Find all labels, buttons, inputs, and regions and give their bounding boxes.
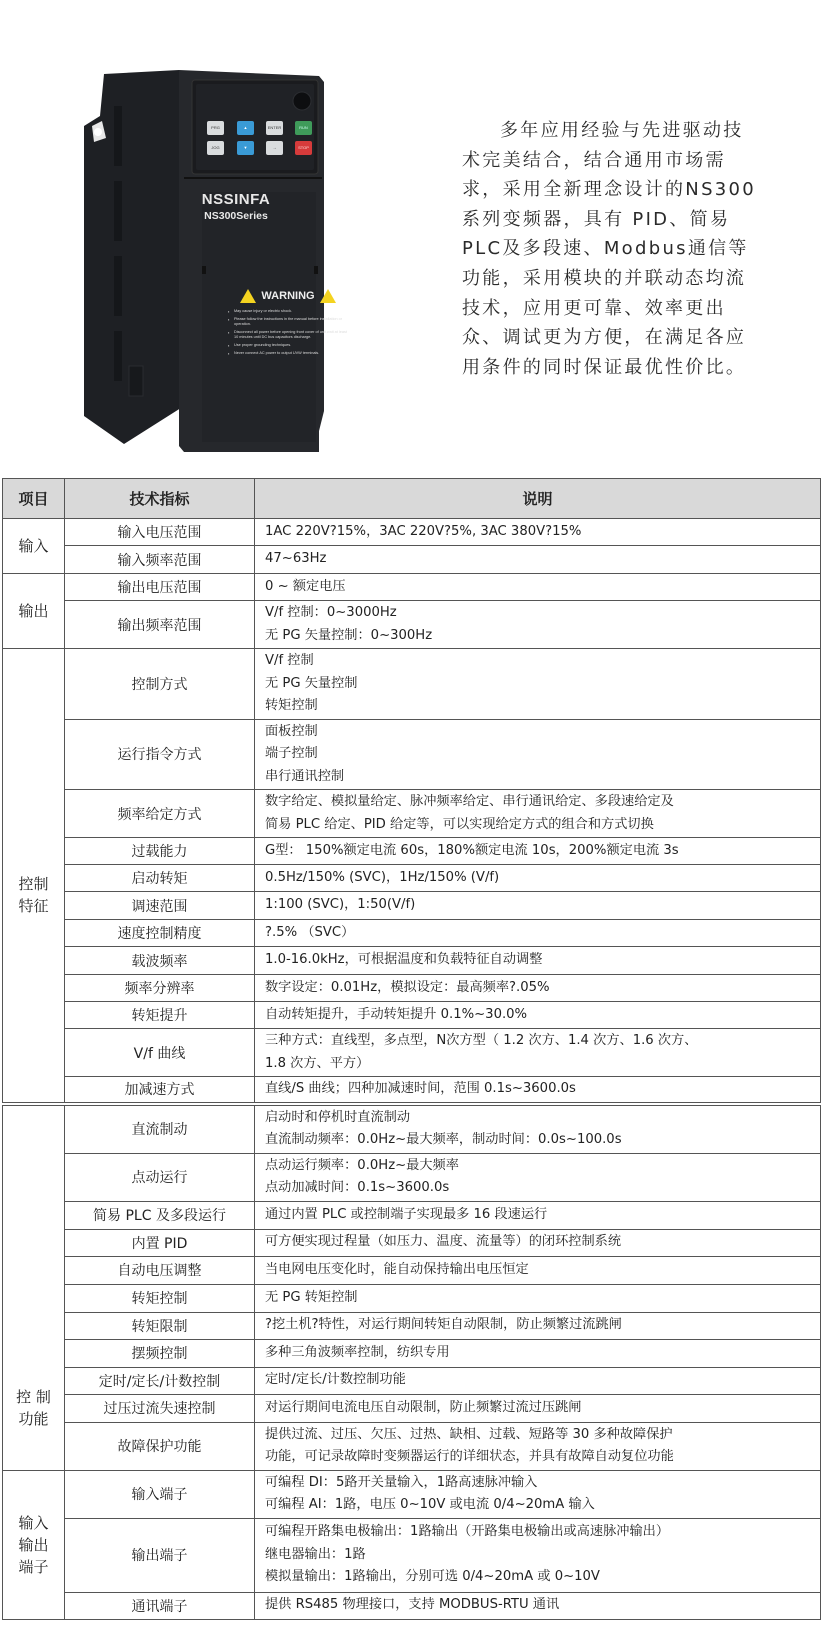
table-row: V/f 曲线三种方式：直线型，多点型，N次方型（ 1.2 次方、1.4 次方、1… <box>3 1029 821 1077</box>
spec-desc-cell: ?.5% （SVC） <box>255 920 821 947</box>
table-row: 载波频率1.0-16.0kHz，可根据温度和负载特征自动调整 <box>3 947 821 975</box>
desc-line: 可编程开路集电极输出：1路输出（开路集电极输出或高速脉冲输出） <box>265 1521 812 1544</box>
table-row: 加减速方式直线/S 曲线；四种加减速时间，范围 0.1s~3600.0s <box>3 1077 821 1104</box>
spec-desc-cell: 启动时和停机时直流制动直流制动频率：0.0Hz~最大频率，制动时间：0.0s~1… <box>255 1104 821 1154</box>
table-row: 自动电压调整当电网电压变化时，能自动保持输出电压恒定 <box>3 1256 821 1284</box>
header-item: 技术指标 <box>65 479 255 519</box>
intro-text: 多年应用经验与先进驱动技术完美结合，结合通用市场需求，采用全新理念设计的NS30… <box>462 116 762 382</box>
warning-item: Disconnect all power before opening fron… <box>234 330 352 340</box>
spec-item-cell: 频率分辨率 <box>65 975 255 1002</box>
spec-desc-cell: V/f 控制：0~3000Hz无 PG 矢量控制：0~300Hz <box>255 601 821 649</box>
spec-desc-cell: 提供过流、过压、欠压、过热、缺相、过载、短路等 30 多种故障保护功能，可记录故… <box>255 1422 821 1470</box>
spec-desc-cell: 47~63Hz <box>255 546 821 574</box>
spec-desc-cell: 无 PG 转矩控制 <box>255 1284 821 1312</box>
spec-desc-cell: 直线/S 曲线；四种加减速时间，范围 0.1s~3600.0s <box>255 1077 821 1104</box>
spec-item-cell: 摆频控制 <box>65 1339 255 1367</box>
spec-item-cell: 输入电压范围 <box>65 519 255 546</box>
desc-line: 无 PG 矢量控制 <box>265 673 812 696</box>
desc-line: 无 PG 矢量控制：0~300Hz <box>265 625 812 648</box>
key-prg: PRG <box>207 121 224 135</box>
desc-line: 点动加减时间：0.1s~3600.0s <box>265 1177 812 1200</box>
desc-line: 自动转矩提升，手动转矩提升 0.1%~30.0% <box>265 1004 812 1027</box>
spec-desc-cell: 三种方式：直线型，多点型，N次方型（ 1.2 次方、1.4 次方、1.6 次方、… <box>255 1029 821 1077</box>
table-row: 简易 PLC 及多段运行通过内置 PLC 或控制端子实现最多 16 段速运行 <box>3 1201 821 1229</box>
spec-desc-cell: 0.5Hz/150% (SVC)，1Hz/150% (V/f) <box>255 865 821 892</box>
desc-line: ?.5% （SVC） <box>265 922 812 945</box>
desc-line: 功能，可记录故障时变频器运行的详细状态，并具有故障自动复位功能 <box>265 1446 812 1469</box>
spec-item-cell: V/f 曲线 <box>65 1029 255 1077</box>
table-row: 转矩提升自动转矩提升，手动转矩提升 0.1%~30.0% <box>3 1002 821 1029</box>
table-row: 速度控制精度?.5% （SVC） <box>3 920 821 947</box>
desc-line: 点动运行频率：0.0Hz~最大频率 <box>265 1155 812 1178</box>
spec-item-cell: 运行指令方式 <box>65 719 255 790</box>
table-row: 频率分辨率数字设定：0.01Hz，模拟设定：最高频率?.05% <box>3 975 821 1002</box>
desc-line: 可编程 DI：5路开关量输入，1路高速脉冲输入 <box>265 1472 812 1495</box>
key-down: ▼ <box>237 141 254 155</box>
desc-line: 串行通讯控制 <box>265 766 812 789</box>
desc-line: 1.0-16.0kHz，可根据温度和负载特征自动调整 <box>265 949 812 972</box>
key-shift: → <box>266 141 283 155</box>
spec-item-cell: 频率给定方式 <box>65 790 255 838</box>
spec-desc-cell: G型： 150%额定电流 60s，180%额定电流 10s，200%额定电流 3… <box>255 838 821 865</box>
table-row: 频率给定方式数字给定、模拟量给定、脉冲频率给定、串行通讯给定、多段速给定及简易 … <box>3 790 821 838</box>
spec-item-cell: 点动运行 <box>65 1153 255 1201</box>
spec-desc-cell: 0 ~ 额定电压 <box>255 574 821 601</box>
desc-line: 0 ~ 额定电压 <box>265 576 812 599</box>
spec-item-cell: 定时/定长/计数控制 <box>65 1367 255 1394</box>
table-row: 输出输出电压范围0 ~ 额定电压 <box>3 574 821 601</box>
spec-item-cell: 启动转矩 <box>65 865 255 892</box>
series-label: NS300Series <box>176 210 296 222</box>
table-row: 输入 输出 端子输入端子可编程 DI：5路开关量输入，1路高速脉冲输入可编程 A… <box>3 1470 821 1518</box>
desc-line: 1:100 (SVC)，1:50(V/f) <box>265 894 812 917</box>
spec-item-cell: 过载能力 <box>65 838 255 865</box>
spec-item-cell: 输出频率范围 <box>65 601 255 649</box>
spec-item-cell: 调速范围 <box>65 892 255 920</box>
desc-line: 三种方式：直线型，多点型，N次方型（ 1.2 次方、1.4 次方、1.6 次方、 <box>265 1030 812 1053</box>
desc-line: 当电网电压变化时，能自动保持输出电压恒定 <box>265 1259 812 1282</box>
desc-line: 1.8 次方、平方） <box>265 1053 812 1076</box>
table-row: 输出端子可编程开路集电极输出：1路输出（开路集电极输出或高速脉冲输出）继电器输出… <box>3 1518 821 1592</box>
spec-item-cell: 内置 PID <box>65 1229 255 1256</box>
spec-desc-cell: 数字给定、模拟量给定、脉冲频率给定、串行通讯给定、多段速给定及简易 PLC 给定… <box>255 790 821 838</box>
table-row: 故障保护功能提供过流、过压、欠压、过热、缺相、过载、短路等 30 多种故障保护功… <box>3 1422 821 1470</box>
desc-line: 数字给定、模拟量给定、脉冲频率给定、串行通讯给定、多段速给定及 <box>265 791 812 814</box>
spec-item-cell: 直流制动 <box>65 1104 255 1154</box>
brand-logo: NSSINFA <box>176 191 296 208</box>
table-row: 点动运行点动运行频率：0.0Hz~最大频率点动加减时间：0.1s~3600.0s <box>3 1153 821 1201</box>
spec-table-body: 输入输入电压范围1AC 220V?15%，3AC 220V?5%, 3AC 38… <box>3 519 821 1620</box>
table-row: 输入频率范围47~63Hz <box>3 546 821 574</box>
desc-line: 提供过流、过压、欠压、过热、缺相、过载、短路等 30 多种故障保护 <box>265 1424 812 1447</box>
spec-item-cell: 输入频率范围 <box>65 546 255 574</box>
warning-item: Never connect AC power to output UVW ter… <box>234 351 352 356</box>
desc-line: 多种三角波频率控制，纺织专用 <box>265 1342 812 1365</box>
spec-item-cell: 过压过流失速控制 <box>65 1394 255 1422</box>
desc-line: V/f 控制 <box>265 650 812 673</box>
spec-item-cell: 转矩限制 <box>65 1312 255 1339</box>
desc-line: 启动时和停机时直流制动 <box>265 1107 812 1130</box>
desc-line: 直线/S 曲线；四种加减速时间，范围 0.1s~3600.0s <box>265 1078 812 1101</box>
spec-item-cell: 转矩提升 <box>65 1002 255 1029</box>
desc-line: 1AC 220V?15%，3AC 220V?5%, 3AC 380V?15% <box>265 521 812 544</box>
key-jog: JOG <box>207 141 224 155</box>
desc-line: 0.5Hz/150% (SVC)，1Hz/150% (V/f) <box>265 867 812 890</box>
spec-item-cell: 通讯端子 <box>65 1592 255 1619</box>
spec-desc-cell: 通过内置 PLC 或控制端子实现最多 16 段速运行 <box>255 1201 821 1229</box>
product-image-inverter: PRG ▲ ENTER RUN JOG ▼ → STOP NSSINFA NS3… <box>84 66 374 452</box>
table-row: 启动转矩0.5Hz/150% (SVC)，1Hz/150% (V/f) <box>3 865 821 892</box>
desc-line: 直流制动频率：0.0Hz~最大频率，制动时间：0.0s~100.0s <box>265 1129 812 1152</box>
desc-line: G型： 150%额定电流 60s，180%额定电流 10s，200%额定电流 3… <box>265 840 812 863</box>
spec-desc-cell: 点动运行频率：0.0Hz~最大频率点动加减时间：0.1s~3600.0s <box>255 1153 821 1201</box>
spec-desc-cell: 可方便实现过程量（如压力、温度、流量等）的闭环控制系统 <box>255 1229 821 1256</box>
desc-line: 47~63Hz <box>265 548 812 571</box>
table-row: 过载能力G型： 150%额定电流 60s，180%额定电流 10s，200%额定… <box>3 838 821 865</box>
spec-desc-cell: 可编程开路集电极输出：1路输出（开路集电极输出或高速脉冲输出）继电器输出：1路模… <box>255 1518 821 1592</box>
table-row: 过压过流失速控制对运行期间电流电压自动限制，防止频繁过流过压跳闸 <box>3 1394 821 1422</box>
table-row: 通讯端子提供 RS485 物理接口，支持 MODBUS-RTU 通讯 <box>3 1592 821 1619</box>
spec-item-cell: 输出端子 <box>65 1518 255 1592</box>
spec-table: 项目 技术指标 说明 输入输入电压范围1AC 220V?15%，3AC 220V… <box>2 478 821 1620</box>
inverter-body-illustration <box>84 66 374 452</box>
warning-item: Please follow the instructions in the ma… <box>234 317 352 327</box>
table-row: 定时/定长/计数控制定时/定长/计数控制功能 <box>3 1367 821 1394</box>
spec-desc-cell: 提供 RS485 物理接口，支持 MODBUS-RTU 通讯 <box>255 1592 821 1619</box>
header-category: 项目 <box>3 479 65 519</box>
spec-desc-cell: 自动转矩提升，手动转矩提升 0.1%~30.0% <box>255 1002 821 1029</box>
spec-item-cell: 简易 PLC 及多段运行 <box>65 1201 255 1229</box>
desc-line: 定时/定长/计数控制功能 <box>265 1369 812 1392</box>
spec-item-cell: 控制方式 <box>65 649 255 720</box>
desc-line: 转矩控制 <box>265 695 812 718</box>
spec-desc-cell: 1.0-16.0kHz，可根据温度和负载特征自动调整 <box>255 947 821 975</box>
category-cell: 输入 输出 端子 <box>3 1470 65 1619</box>
table-row: 转矩限制?挖土机?特性，对运行期间转矩自动限制，防止频繁过流跳闸 <box>3 1312 821 1339</box>
product-intro: 多年应用经验与先进驱动技术完美结合，结合通用市场需求，采用全新理念设计的NS30… <box>462 116 762 382</box>
desc-line: 无 PG 转矩控制 <box>265 1287 812 1310</box>
desc-line: 可方便实现过程量（如压力、温度、流量等）的闭环控制系统 <box>265 1231 812 1254</box>
spec-desc-cell: 当电网电压变化时，能自动保持输出电压恒定 <box>255 1256 821 1284</box>
category-cell: 控 制 功能 <box>3 1104 65 1471</box>
spec-item-cell: 输入端子 <box>65 1470 255 1518</box>
desc-line: V/f 控制：0~3000Hz <box>265 602 812 625</box>
spec-desc-cell: 定时/定长/计数控制功能 <box>255 1367 821 1394</box>
category-cell: 控制 特征 <box>3 649 65 1104</box>
warning-item: Use proper grounding techniques. <box>234 343 352 348</box>
desc-line: 面板控制 <box>265 721 812 744</box>
spec-desc-cell: 数字设定：0.01Hz，模拟设定：最高频率?.05% <box>255 975 821 1002</box>
spec-desc-cell: 可编程 DI：5路开关量输入，1路高速脉冲输入可编程 AI：1路，电压 0~10… <box>255 1470 821 1518</box>
spec-desc-cell: 1:100 (SVC)，1:50(V/f) <box>255 892 821 920</box>
brand-label: NSSINFA NS300Series <box>176 191 296 222</box>
desc-line: ?挖土机?特性，对运行期间转矩自动限制，防止频繁过流跳闸 <box>265 1314 812 1337</box>
key-run: RUN <box>295 121 312 135</box>
desc-line: 通过内置 PLC 或控制端子实现最多 16 段速运行 <box>265 1204 812 1227</box>
warning-label: WARNING May cause injury or electric sho… <box>224 289 352 359</box>
table-row: 摆频控制多种三角波频率控制，纺织专用 <box>3 1339 821 1367</box>
key-up: ▲ <box>237 121 254 135</box>
table-row: 输出频率范围V/f 控制：0~3000Hz无 PG 矢量控制：0~300Hz <box>3 601 821 649</box>
table-row: 内置 PID可方便实现过程量（如压力、温度、流量等）的闭环控制系统 <box>3 1229 821 1256</box>
spec-item-cell: 载波频率 <box>65 947 255 975</box>
category-cell: 输入 <box>3 519 65 574</box>
key-enter: ENTER <box>266 121 283 135</box>
key-stop-rst: STOP <box>295 141 312 155</box>
table-row: 转矩控制无 PG 转矩控制 <box>3 1284 821 1312</box>
spec-desc-cell: 对运行期间电流电压自动限制，防止频繁过流过压跳闸 <box>255 1394 821 1422</box>
spec-item-cell: 加减速方式 <box>65 1077 255 1104</box>
desc-line: 数字设定：0.01Hz，模拟设定：最高频率?.05% <box>265 977 812 1000</box>
desc-line: 对运行期间电流电压自动限制，防止频繁过流过压跳闸 <box>265 1397 812 1420</box>
desc-line: 模拟量输出：1路输出，分别可选 0/4~20mA 或 0~10V <box>265 1566 812 1589</box>
desc-line: 简易 PLC 给定、PID 给定等，可以实现给定方式的组合和方式切换 <box>265 814 812 837</box>
spec-item-cell: 故障保护功能 <box>65 1422 255 1470</box>
warning-triangle-icon <box>320 289 336 303</box>
spec-item-cell: 速度控制精度 <box>65 920 255 947</box>
spec-desc-cell: 面板控制端子控制串行通讯控制 <box>255 719 821 790</box>
spec-desc-cell: 多种三角波频率控制，纺织专用 <box>255 1339 821 1367</box>
table-row: 控制 特征控制方式V/f 控制无 PG 矢量控制转矩控制 <box>3 649 821 720</box>
category-cell: 输出 <box>3 574 65 649</box>
warning-title: WARNING <box>261 290 314 302</box>
spec-desc-cell: V/f 控制无 PG 矢量控制转矩控制 <box>255 649 821 720</box>
table-row: 控 制 功能直流制动启动时和停机时直流制动直流制动频率：0.0Hz~最大频率，制… <box>3 1104 821 1154</box>
spec-item-cell: 转矩控制 <box>65 1284 255 1312</box>
table-row: 运行指令方式面板控制端子控制串行通讯控制 <box>3 719 821 790</box>
table-row: 调速范围1:100 (SVC)，1:50(V/f) <box>3 892 821 920</box>
spec-item-cell: 自动电压调整 <box>65 1256 255 1284</box>
spec-desc-cell: ?挖土机?特性，对运行期间转矩自动限制，防止频繁过流跳闸 <box>255 1312 821 1339</box>
spec-item-cell: 输出电压范围 <box>65 574 255 601</box>
desc-line: 可编程 AI：1路，电压 0~10V 或电流 0/4~20mA 输入 <box>265 1494 812 1517</box>
table-header-row: 项目 技术指标 说明 <box>3 479 821 519</box>
header-desc: 说明 <box>255 479 821 519</box>
desc-line: 端子控制 <box>265 743 812 766</box>
warning-item: May cause injury or electric shock. <box>234 309 352 314</box>
table-row: 输入输入电压范围1AC 220V?15%，3AC 220V?5%, 3AC 38… <box>3 519 821 546</box>
warning-triangle-icon <box>240 289 256 303</box>
spec-desc-cell: 1AC 220V?15%，3AC 220V?5%, 3AC 380V?15% <box>255 519 821 546</box>
desc-line: 继电器输出：1路 <box>265 1544 812 1567</box>
desc-line: 提供 RS485 物理接口，支持 MODBUS-RTU 通讯 <box>265 1594 812 1617</box>
